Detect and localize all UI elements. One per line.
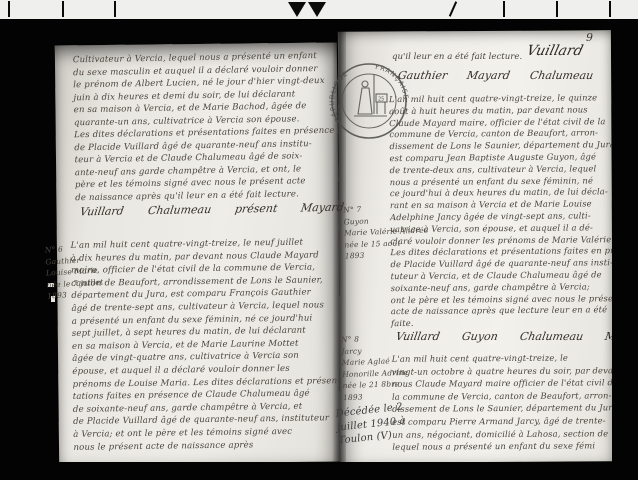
stamp-value: 25 (378, 97, 384, 103)
act-closing-line: qu'il leur en a été fait lecture. (392, 52, 522, 62)
signature: Mayard (300, 201, 345, 215)
signature: présent (234, 202, 279, 216)
signature: Chalumeau (518, 330, 584, 343)
handwritten-line: dissement de Lons le Saunier, départemen… (389, 139, 638, 153)
frame-tick-icon (62, 1, 64, 17)
signature: Gauthier (397, 69, 449, 82)
signature: Chalumeau (147, 203, 212, 217)
act-7-signatures: VuillardGuyonChalumeauMayard (396, 330, 638, 343)
signature: Mayard (466, 69, 511, 82)
microfilm-scan: { "stamp": { "legend_left": "RÉPUBLIQUE"… (0, 0, 638, 480)
margin-note-act-7: N° 7GuyonMarie Valérie Andréenée le 15 a… (343, 202, 429, 262)
frame-tick-icon (609, 1, 611, 17)
signature: Chalumeau (529, 69, 595, 82)
handwritten-line: acte de naissance après que lecture leur… (391, 304, 638, 318)
handwritten-line: ce jourd'hui à deux heures du matin, de … (390, 186, 638, 200)
page-number: 9 (586, 31, 593, 44)
handwritten-line: lequel nous a présenté un enfant du sexe… (392, 439, 623, 453)
frame-tick-icon (556, 1, 558, 17)
frame-tick-icon (449, 1, 457, 16)
handwritten-line: tuteur à Vercia, et de Claude Chalumeau … (391, 269, 638, 283)
signature: Guyon (461, 330, 499, 343)
act-6-gauthier-text: L'an mil huit cent quatre-vingt-treize, … (71, 236, 342, 454)
act-6-continuation-text: Cultivateur à Vercia, lequel nous a prés… (73, 50, 336, 205)
handwritten-line: est comparu Pierre Armand Jarcy, âgé de … (392, 414, 623, 428)
frame-tick-icon (114, 1, 116, 17)
frame-marker-icon (288, 2, 306, 17)
act-8-jarcy-text: L'an mil huit cent quatre-vingt-treize, … (392, 351, 623, 453)
frame-marker-icon (308, 2, 326, 17)
frame-tick-icon (503, 1, 505, 17)
handwritten-line: faite. (391, 316, 638, 330)
signature: Vuillard (79, 205, 125, 219)
film-strip (0, 0, 638, 19)
frame-border-right (612, 19, 638, 480)
frame-border-bottom (0, 462, 638, 480)
act-closing-signatures: GauthierMayardChalumeau (398, 69, 593, 82)
frame-tick-icon (8, 1, 10, 17)
stamp-figure-icon (354, 74, 387, 116)
signature-vuillard: Vuillard (525, 43, 585, 59)
